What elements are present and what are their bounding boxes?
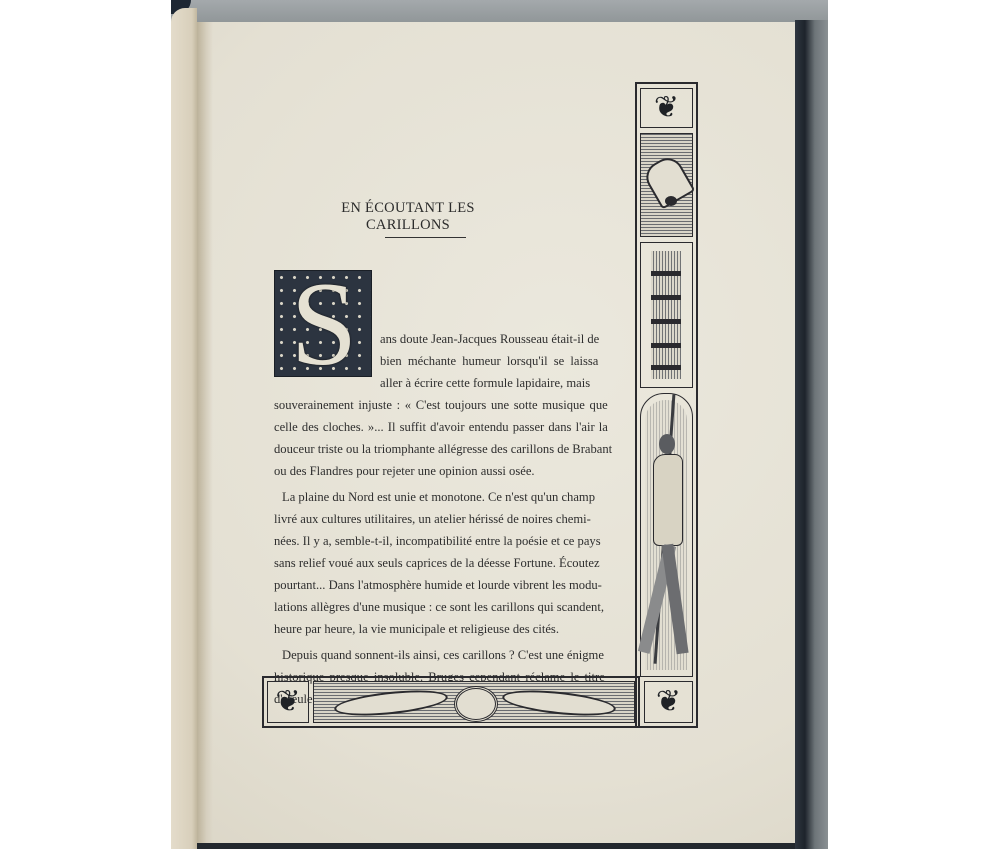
acanthus-leaf-icon: ❦ — [644, 681, 693, 723]
book-cover-top-edge — [171, 0, 828, 24]
drop-cap-letter: S — [275, 259, 373, 389]
text-line: aller à écrire cette formule lapidaire, … — [380, 372, 590, 394]
book-bottom-edge — [197, 843, 795, 849]
drop-cap-ornament: S — [274, 270, 372, 377]
text-line: souverainement injuste : « C'est toujour… — [274, 394, 608, 416]
bell-icon — [640, 133, 693, 237]
text-line: lations allègres d'une musique : ce sont… — [274, 596, 604, 618]
text-line: pourtant... Dans l'atmosphère humide et … — [274, 574, 602, 596]
text-line: celle des cloches. »... Il suffit d'avoi… — [274, 416, 608, 438]
book-cover-right-edge — [795, 20, 828, 849]
acanthus-leaf-icon: ❦ — [640, 88, 693, 128]
text-line: nées. Il y a, semble-t-il, incompatibili… — [274, 530, 601, 552]
acanthus-leaf-icon: ❦ — [267, 681, 309, 723]
chapter-title: EN ÉCOUTANT LES CARILLONS — [300, 200, 516, 234]
text-line: heure par heure, la vie municipale et re… — [274, 618, 559, 640]
text-line: sans relief voué aux seuls caprices de l… — [274, 552, 600, 574]
text-line: bien méchante humeur lorsqu'il se laissa — [380, 350, 598, 372]
text-line: ans doute Jean-Jacques Rousseau était-il… — [380, 328, 599, 350]
text-line: Depuis quand sonnent-ils ainsi, ces cari… — [282, 644, 604, 666]
text-line: douceur triste ou la triomphante allégre… — [274, 438, 612, 460]
text-line: ou des Flandres pour rejeter une opinion… — [274, 460, 535, 482]
title-rule — [385, 237, 466, 238]
gutter-shadow — [197, 22, 213, 845]
book-spine-edge — [171, 8, 197, 849]
text-line: livré aux cultures utilitaires, un ateli… — [274, 508, 591, 530]
foliate-scroll-icon — [313, 681, 635, 723]
bell-frame-ladder-icon — [640, 242, 693, 388]
bell-ringer-icon — [640, 393, 693, 677]
text-line: La plaine du Nord est unie et monotone. … — [282, 486, 595, 508]
